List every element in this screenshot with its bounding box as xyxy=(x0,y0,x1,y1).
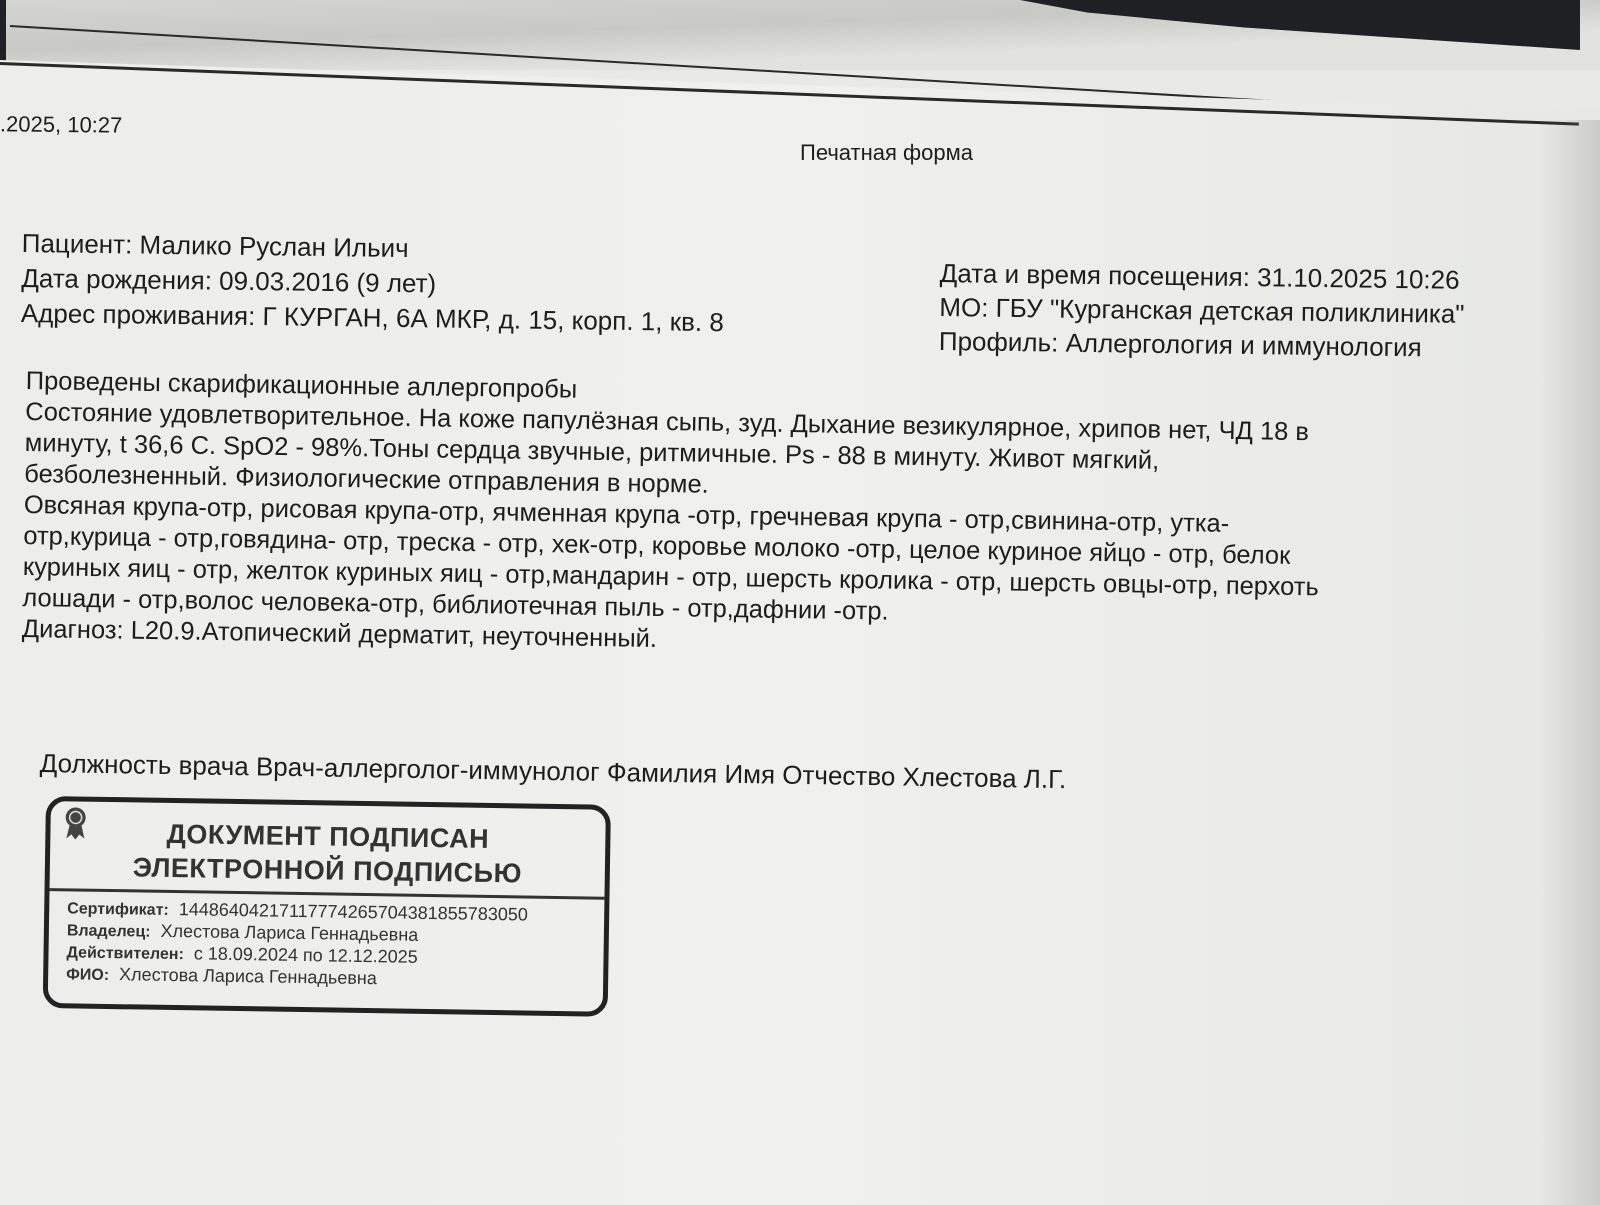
seal-ribbon-icon xyxy=(62,805,89,841)
print-timestamp: .2025, 10:27 xyxy=(0,111,122,138)
certificate-value: 14486404217117774265704381855783050 xyxy=(179,899,528,924)
validity-label: Действителен: xyxy=(66,944,184,963)
electronic-signature-stamp: ДОКУМЕНТ ПОДПИСАН ЭЛЕКТРОННОЙ ПОДПИСЬЮ С… xyxy=(43,796,611,1017)
visit-profile: Профиль: Аллергология и иммунология xyxy=(939,324,1465,365)
medical-document: .2025, 10:27 Печатная форма Пациент: Мал… xyxy=(0,0,1600,1205)
owner-label: Владелец: xyxy=(67,922,151,940)
fio-value: Хлестова Лариса Геннадьевна xyxy=(119,964,377,988)
exam-text: Проведены скарификационные аллергопробы … xyxy=(22,366,1322,665)
visit-info: Дата и время посещения: 31.10.2025 10:26… xyxy=(939,256,1466,365)
stamp-details: Сертификат:14486404217117774265704381855… xyxy=(48,891,604,994)
validity-value: с 18.09.2024 по 12.12.2025 xyxy=(194,943,418,967)
stamp-header: ДОКУМЕНТ ПОДПИСАН ЭЛЕКТРОННОЙ ПОДПИСЬЮ xyxy=(50,801,606,900)
doctor-position: Должность врача Врач-аллерголог-иммуноло… xyxy=(40,748,1067,795)
form-title: Печатная форма xyxy=(800,140,973,166)
certificate-label: Сертификат: xyxy=(67,900,169,919)
fio-label: ФИО: xyxy=(66,966,109,984)
owner-value: Хлестова Лариса Геннадьевна xyxy=(160,921,418,945)
patient-info: Пациент: Малико Руслан Ильич Дата рожден… xyxy=(21,226,725,340)
